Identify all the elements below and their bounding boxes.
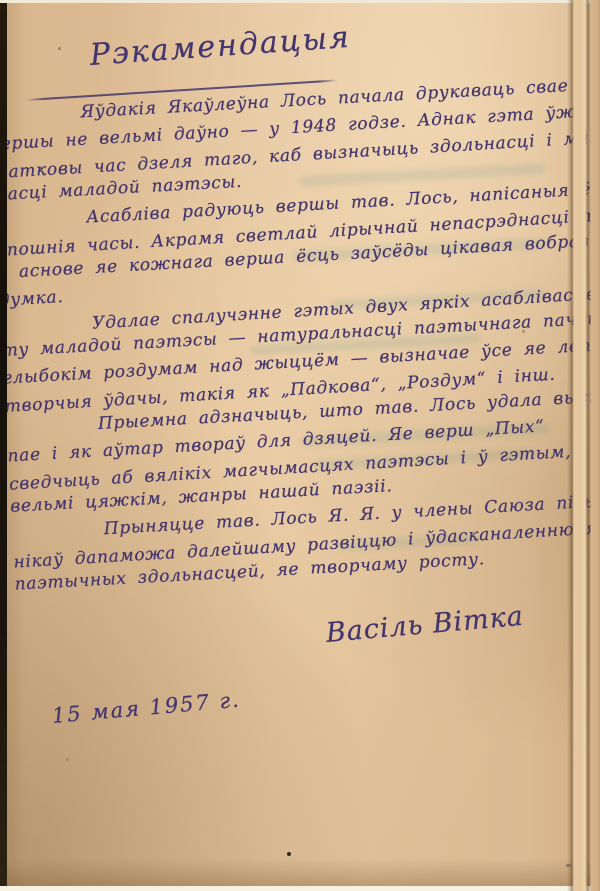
foxing-speck [66, 758, 69, 761]
scanned-manuscript-page: Рэкамендацыя Яўдакія Якаўлеўна Лось пача… [0, 0, 600, 891]
foxing-speck [58, 47, 61, 50]
ink-dot [287, 852, 291, 856]
bottom-shadow [0, 858, 600, 886]
document-body: Яўдакія Якаўлеўна Лось пачала друкаваць … [0, 70, 600, 600]
date-line: 15 мая 1957 г. [51, 688, 242, 728]
document-title: Рэкамендацыя [89, 20, 352, 73]
page-bottom-edge [0, 886, 600, 891]
signature: Васіль Вітка [325, 601, 525, 649]
page-fold-right [567, 0, 600, 891]
page-top-edge [0, 0, 600, 3]
page-left-edge [0, 0, 7, 891]
